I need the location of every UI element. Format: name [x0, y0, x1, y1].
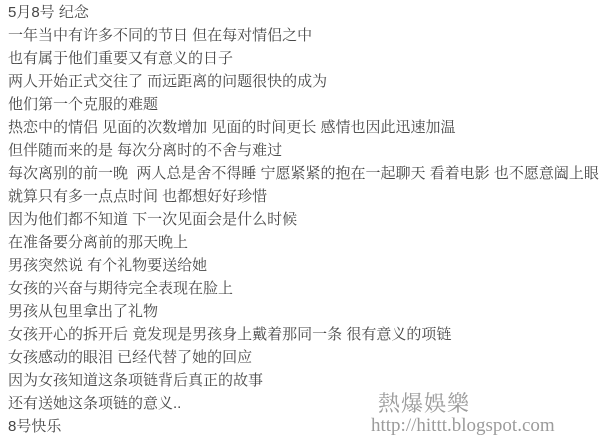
- text-line: 两人开始正式交往了 而远距离的问题很快的成为: [8, 70, 608, 93]
- watermark-brand: 熱爆娛樂: [378, 392, 555, 416]
- story-title-line: 5月8号 纪念: [8, 1, 608, 24]
- story-text-block: 5月8号 纪念 一年当中有许多不同的节日 但在每对情侣之中 也有属于他们重要又有…: [8, 1, 608, 438]
- text-line: 男孩从包里拿出了礼物: [8, 300, 608, 323]
- text-line: 男孩突然说 有个礼物要送给她: [8, 254, 608, 277]
- text-line: 女孩的兴奋与期待完全表现在脸上: [8, 277, 608, 300]
- text-line: 因为女孩知道这条项链背后真正的故事: [8, 369, 608, 392]
- text-line: 每次离别的前一晚 两人总是舍不得睡 宁愿紧紧的抱在一起聊天 看着电影 也不愿意阖…: [8, 162, 608, 185]
- text-line: 女孩感动的眼泪 已经代替了她的回应: [8, 346, 608, 369]
- text-line: 女孩开心的拆开后 竟发现是男孩身上戴着那同一条 很有意义的项链: [8, 323, 608, 346]
- watermark-url: http://hittt.blogspot.com: [371, 416, 555, 437]
- text-line: 因为他们都不知道 下一次见面会是什么时候: [8, 208, 608, 231]
- watermark: 熱爆娛樂 http://hittt.blogspot.com: [371, 392, 555, 437]
- document-page: 5月8号 纪念 一年当中有许多不同的节日 但在每对情侣之中 也有属于他们重要又有…: [0, 0, 608, 440]
- text-line: 热恋中的情侣 见面的次数增加 见面的时间更长 感情也因此迅速加温: [8, 116, 608, 139]
- text-line: 他们第一个克服的难题: [8, 93, 608, 116]
- text-line: 但伴随而来的是 每次分离时的不舍与难过: [8, 139, 608, 162]
- text-line: 就算只有多一点点时间 也都想好好珍惜: [8, 185, 608, 208]
- text-line: 在准备要分离前的那天晚上: [8, 231, 608, 254]
- text-line: 一年当中有许多不同的节日 但在每对情侣之中: [8, 24, 608, 47]
- text-line: 也有属于他们重要又有意义的日子: [8, 47, 608, 70]
